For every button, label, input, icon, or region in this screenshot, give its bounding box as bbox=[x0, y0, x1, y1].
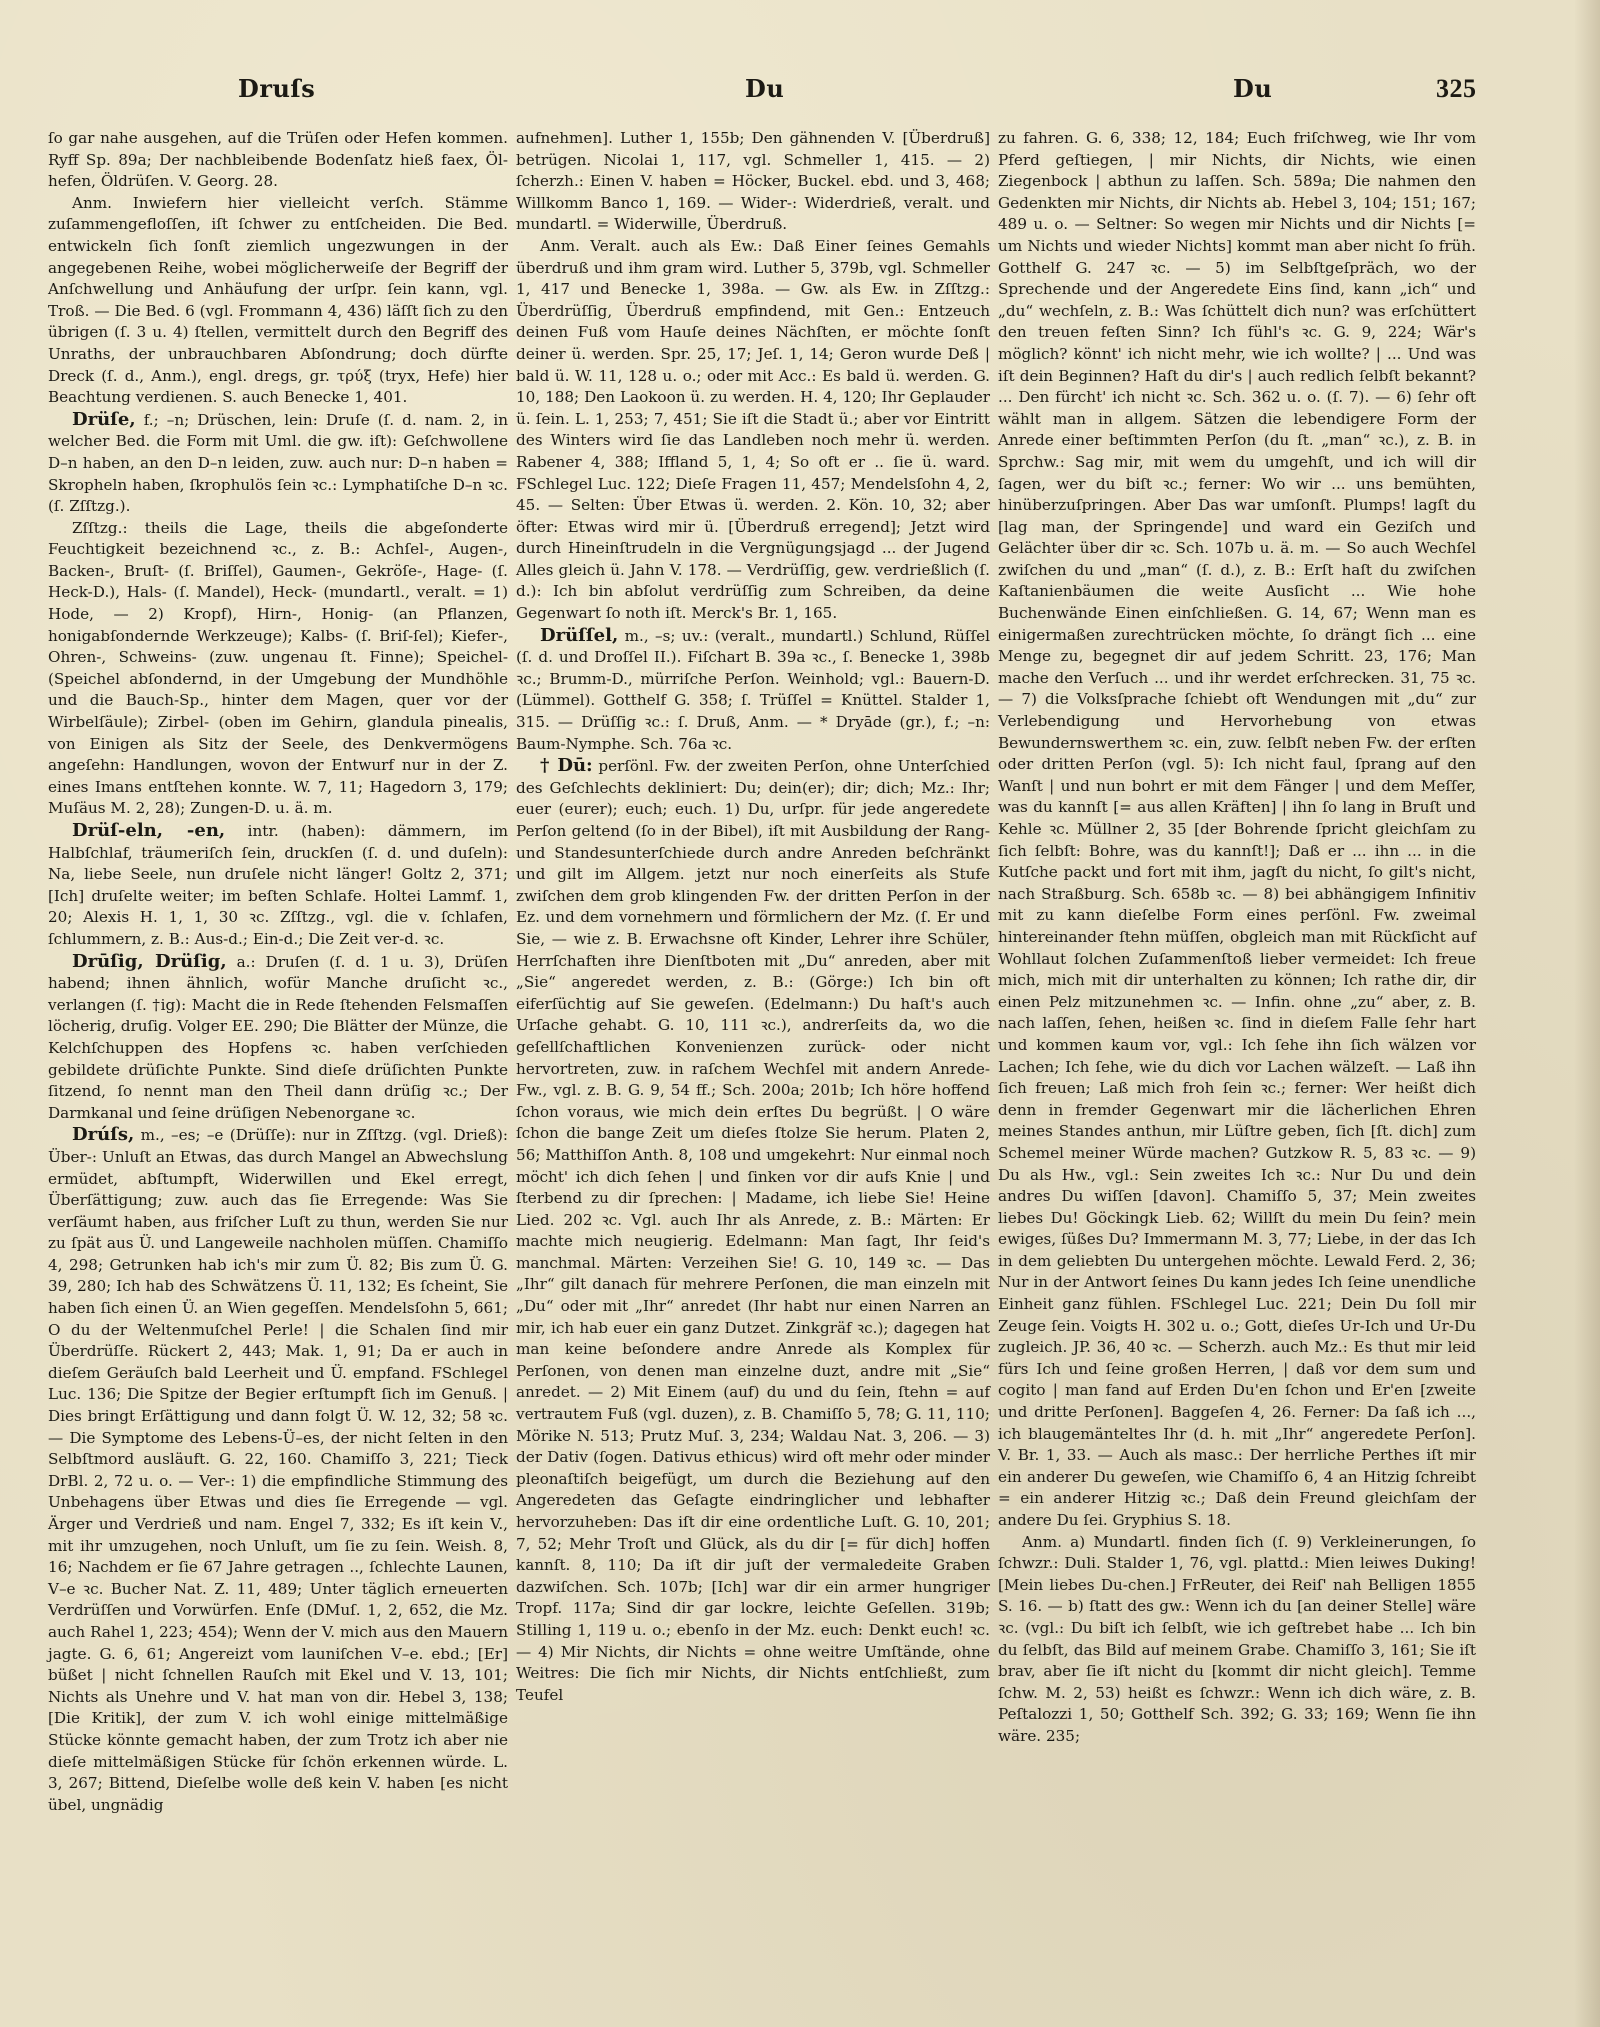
dictionary-entry: Drūſig, Drüſig, a.: Druſen (ſ. d. 1 u. 3… bbox=[48, 951, 508, 1125]
dictionary-entry: Drüſſel, m., –s; uv.: (veralt., mundartl… bbox=[516, 625, 990, 756]
entry-paragraph: aufnehmen]. Luther 1, 155b; Den gähnende… bbox=[516, 128, 990, 236]
entry-text: Zſſtzg.: theils die Lage, theils die abg… bbox=[48, 519, 508, 818]
running-head-left-word: Druſs bbox=[238, 74, 315, 103]
dictionary-entry: Drüſe, f.; –n; Drüschen, lein: Druſe (ſ.… bbox=[48, 409, 508, 518]
dictionary-entry: Drüſ-eln, -en, intr. (haben): dämmern, i… bbox=[48, 820, 508, 951]
entry-text: Anm. Inwiefern hier vielleicht verſch. S… bbox=[48, 194, 508, 406]
entry-paragraph: zu fahren. G. 6, 338; 12, 184; Euch friſ… bbox=[998, 128, 1476, 1532]
entry-headword: Drūſig, Drüſig, bbox=[72, 951, 227, 972]
column-2: aufnehmen]. Luther 1, 155b; Den gähnende… bbox=[516, 128, 990, 1706]
column-3: zu fahren. G. 6, 338; 12, 184; Euch friſ… bbox=[998, 128, 1476, 1748]
page-edge-shadow bbox=[1574, 0, 1600, 2027]
dictionary-entry: Drúſs, m., –es; –e (Drüſſe): nur in Zſſt… bbox=[48, 1124, 508, 1816]
running-head: Druſs Du Du 325 bbox=[0, 74, 1600, 114]
dictionary-columns: ſo gar nahe ausgehen, auf die Trüſen ode… bbox=[48, 128, 1548, 2008]
entry-headword: Drüſ-eln, -en, bbox=[72, 820, 225, 841]
entry-headword: Drúſs, bbox=[72, 1124, 134, 1145]
dictionary-entry: † Dū: perſönl. Fw. der zweiten Perſon, o… bbox=[516, 755, 990, 1706]
entry-text: Anm. Veralt. auch als Ew.: Daß Einer ſei… bbox=[516, 237, 990, 622]
entry-paragraph: Zſſtzg.: theils die Lage, theils die abg… bbox=[48, 518, 508, 820]
entry-text: a.: Druſen (ſ. d. 1 u. 3), Drüſen habend… bbox=[48, 953, 508, 1122]
page-number: 325 bbox=[1436, 74, 1477, 104]
entry-text: aufnehmen]. Luther 1, 155b; Den gähnende… bbox=[516, 129, 990, 233]
entry-paragraph: ſo gar nahe ausgehen, auf die Trüſen ode… bbox=[48, 128, 508, 193]
entry-paragraph: Anm. Veralt. auch als Ew.: Daß Einer ſei… bbox=[516, 236, 990, 625]
entry-text: ſo gar nahe ausgehen, auf die Trüſen ode… bbox=[48, 129, 508, 190]
column-1: ſo gar nahe ausgehen, auf die Trüſen ode… bbox=[48, 128, 508, 1816]
entry-text: zu fahren. G. 6, 338; 12, 184; Euch friſ… bbox=[998, 129, 1476, 1529]
entry-paragraph: Anm. Inwiefern hier vielleicht verſch. S… bbox=[48, 193, 508, 409]
running-head-right-word: Du bbox=[1233, 74, 1272, 103]
entry-text: Anm. a) Mundartl. finden ſich (ſ. 9) Ver… bbox=[998, 1533, 1476, 1745]
entry-headword: Drüſe, bbox=[72, 409, 136, 430]
entry-text: m., –es; –e (Drüſſe): nur in Zſſtzg. (vg… bbox=[48, 1126, 508, 1813]
running-head-center-word: Du bbox=[745, 74, 784, 103]
entry-headword: † Dū: bbox=[540, 755, 593, 776]
entry-headword: Drüſſel, bbox=[540, 625, 618, 646]
entry-text: perſönl. Fw. der zweiten Perſon, ohne Un… bbox=[516, 757, 990, 1704]
entry-paragraph: Anm. a) Mundartl. finden ſich (ſ. 9) Ver… bbox=[998, 1532, 1476, 1748]
